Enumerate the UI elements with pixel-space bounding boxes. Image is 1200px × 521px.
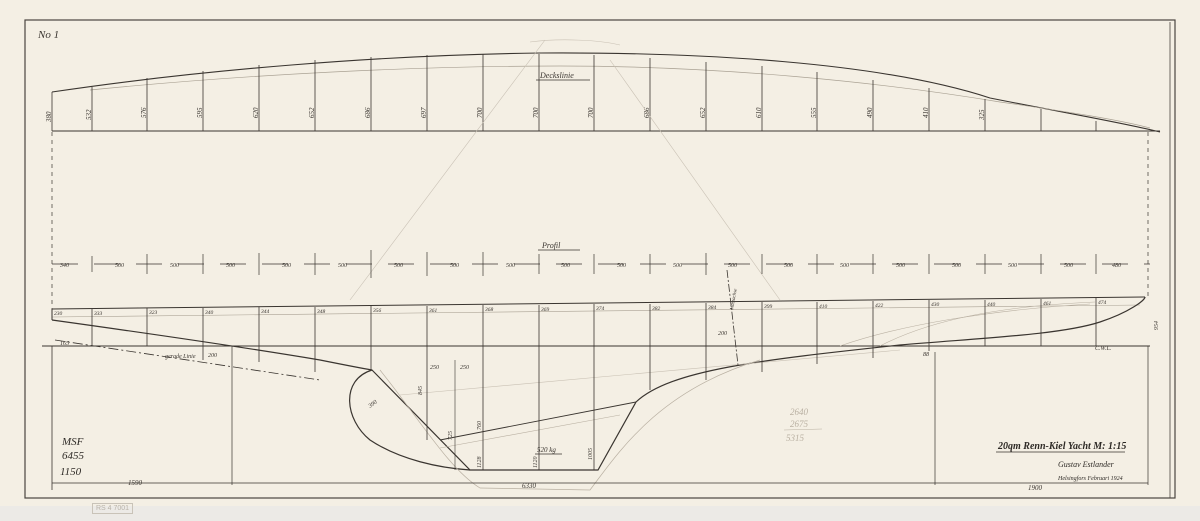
svg-text:725: 725: [448, 431, 454, 440]
svg-text:1120: 1120: [533, 456, 539, 468]
svg-text:760: 760: [477, 421, 483, 430]
svg-text:500: 500: [338, 263, 347, 269]
svg-text:369: 369: [540, 307, 550, 313]
svg-text:500: 500: [1008, 263, 1017, 269]
svg-text:500: 500: [450, 263, 459, 269]
svg-text:700: 700: [532, 107, 540, 118]
signature: Gustav Estlander: [1058, 460, 1115, 469]
bow-overhang-value: 954: [1153, 321, 1160, 330]
svg-text:652: 652: [699, 107, 707, 118]
bow-length: 1900: [1028, 484, 1043, 492]
svg-text:686: 686: [364, 107, 372, 118]
svg-text:1150: 1150: [60, 466, 82, 478]
svg-text:555: 555: [810, 107, 818, 118]
stern-length: 1590: [128, 479, 143, 487]
svg-text:474: 474: [1098, 299, 1107, 306]
svg-text:422: 422: [875, 302, 884, 309]
svg-text:700: 700: [587, 107, 595, 118]
svg-text:500: 500: [673, 263, 682, 269]
svg-text:6455: 6455: [62, 450, 85, 462]
svg-text:440: 440: [987, 301, 996, 308]
deck-line-label: Deckslinie: [539, 71, 574, 80]
svg-text:374: 374: [595, 305, 605, 312]
svg-text:344: 344: [260, 308, 270, 315]
svg-text:356: 356: [372, 308, 382, 314]
svg-text:MSF: MSF: [61, 436, 84, 448]
svg-text:500: 500: [561, 263, 570, 269]
svg-text:230: 230: [54, 311, 63, 317]
svg-text:5315: 5315: [786, 433, 805, 443]
svg-text:410: 410: [819, 303, 828, 310]
svg-text:2640: 2640: [790, 407, 809, 417]
svg-text:200: 200: [718, 331, 727, 337]
svg-text:325: 325: [978, 109, 986, 121]
archive-stamp: RS 4 7001: [92, 503, 133, 514]
svg-text:576: 576: [140, 107, 148, 118]
svg-text:620: 620: [252, 107, 260, 118]
svg-text:500: 500: [1064, 263, 1073, 269]
keel-length: 6330: [522, 482, 537, 490]
svg-text:595: 595: [196, 107, 204, 118]
sheet-number: No 1: [37, 29, 59, 41]
svg-text:340: 340: [204, 309, 214, 316]
svg-text:88: 88: [923, 352, 929, 358]
svg-text:500: 500: [170, 263, 179, 269]
svg-text:461: 461: [1043, 300, 1052, 307]
svg-text:410: 410: [922, 107, 930, 118]
yacht-lines-drawing: 380 532 576 595 620 652 686 697 700 700 …: [0, 0, 1200, 521]
svg-text:500: 500: [394, 263, 403, 269]
svg-text:500: 500: [896, 263, 905, 269]
svg-text:384: 384: [707, 304, 717, 311]
svg-text:700: 700: [476, 107, 484, 118]
svg-text:250: 250: [460, 365, 469, 371]
stern-cwl-label: 165: [60, 341, 69, 347]
svg-text:368: 368: [484, 307, 494, 313]
svg-text:382: 382: [651, 306, 661, 312]
deck-value-0: 380: [45, 111, 53, 123]
svg-text:697: 697: [420, 107, 428, 118]
svg-text:500: 500: [617, 263, 626, 269]
svg-text:430: 430: [931, 301, 940, 308]
svg-text:532: 532: [85, 109, 93, 120]
place-date: Helsingfors Februari 1924: [1057, 475, 1123, 482]
svg-text:500: 500: [115, 263, 124, 269]
svg-text:490: 490: [866, 107, 874, 118]
svg-text:323: 323: [148, 310, 158, 316]
svg-text:200: 200: [208, 353, 217, 359]
svg-text:333: 333: [93, 311, 103, 317]
svg-text:2675: 2675: [790, 419, 809, 429]
svg-text:845: 845: [417, 386, 424, 395]
svg-text:500: 500: [840, 263, 849, 269]
svg-text:500: 500: [952, 263, 961, 269]
svg-text:1005: 1005: [588, 448, 594, 460]
spacing-first: 340: [59, 262, 69, 269]
svg-text:1128: 1128: [477, 456, 483, 468]
svg-text:399: 399: [763, 304, 773, 310]
cwl-label: C.W.L.: [1095, 346, 1111, 352]
svg-text:652: 652: [308, 107, 316, 118]
svg-text:500: 500: [728, 263, 737, 269]
svg-text:500: 500: [506, 263, 515, 269]
profile-label: Profil: [541, 241, 561, 250]
straight-line-label: gerade Linie: [165, 354, 196, 360]
svg-text:500: 500: [282, 263, 291, 269]
svg-text:500: 500: [784, 263, 793, 269]
svg-text:610: 610: [755, 107, 763, 118]
spacing-last: 480: [1112, 262, 1121, 269]
svg-text:361: 361: [428, 308, 438, 314]
drawing-sheet: 380 532 576 595 620 652 686 697 700 700 …: [0, 0, 1200, 521]
svg-text:250: 250: [430, 365, 439, 371]
drawing-title: 20qm Renn-Kiel Yacht M: 1:15: [997, 441, 1126, 452]
svg-text:500: 500: [226, 263, 235, 269]
ballast-weight: 520 kg: [537, 446, 556, 454]
svg-text:348: 348: [316, 308, 326, 315]
